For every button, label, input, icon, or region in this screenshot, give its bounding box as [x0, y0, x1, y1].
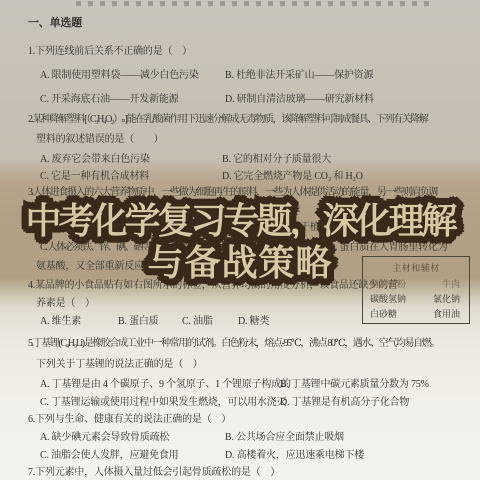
- q6-option-c: C. 油脂会使人发胖，应避免食用: [40, 446, 178, 461]
- q4-option-c: C. 油脂: [182, 312, 213, 327]
- q4-option-d: D. 糖类: [238, 312, 269, 327]
- q1-stem: 1.下列连线前后关系不正确的是（ ）: [28, 42, 192, 57]
- food-label-item: 食用油: [433, 307, 460, 320]
- q5-stem-line2: 下列关于丁基锂的说法正确的是（ ）: [36, 355, 203, 370]
- q6-stem: 6.下列与生命、健康有关的说法正确的是（ ）: [28, 410, 231, 425]
- q4-option-b: B. 蛋白质: [118, 312, 158, 327]
- q2-option-d: D. 它完全燃烧产物是 CO₂ 和 H₂O: [222, 167, 363, 182]
- q3-option-c: C. 人体必须铁、锌、碘、硒等多种微量元素，偏食、挑食不利于其适量摄入: [40, 238, 323, 253]
- q3-option-a-fragment-left: A. 葡: [40, 218, 61, 233]
- q6-option-d: D. 高楼着火，应迅速乘电梯下楼: [225, 446, 364, 461]
- q6-option-a: A. 缺少碘元素会导致骨质疏松: [40, 428, 169, 443]
- food-label-item: 牛肉: [442, 277, 460, 290]
- food-label-item: 氯化钠: [433, 292, 460, 305]
- exam-paper-page: 一、单选题 1.下列连线前后关系不正确的是（ ） A. 限制使用塑料袋——减少白…: [0, 0, 480, 480]
- q3-option-d: D. 蛋白质在人胃肠里转化为: [328, 238, 447, 253]
- section-title: 一、单选题: [28, 14, 82, 30]
- food-label-row-3: 白砂糖 食用油: [370, 307, 460, 320]
- food-label-row-1: 精制面粉 牛肉: [370, 277, 460, 290]
- q5-stem-line1: 5.丁基锂(C₄H₉Li)是橡胶合成工业中一种常用的试剂。白色粉末，熔点-95℃…: [28, 334, 439, 349]
- q1-option-b: B. 杜绝非法开采矿山——保护资源: [225, 66, 373, 81]
- q2-stem-line2: 塑料的叙述错误的是（ ）: [36, 130, 163, 145]
- q5-option-b: B. 丁基锂中碳元素质量分数为 75%: [280, 375, 429, 390]
- q5-option-a: A. 丁基锂是由 4 个碳原子、9 个氢原子、1 个锂原子构成的: [40, 375, 291, 390]
- food-label-row-2: 碳酸氢钠 氯化钠: [370, 292, 460, 305]
- food-label-item: 精制面粉: [370, 277, 406, 290]
- q6-option-b: B. 公共场合应全面禁止吸烟: [225, 428, 344, 443]
- q3-option-a-fragment-right: 于植物: [300, 218, 329, 233]
- q2-option-a: A. 废弃它会带来白色污染: [40, 150, 150, 165]
- q1-option-c: C. 开采海底石油——开发新能源: [40, 90, 178, 105]
- q2-option-b: B. 它的相对分子质量很大: [222, 150, 331, 165]
- food-label-box: 主材和辅材 精制面粉 牛肉 碳酸氢钠 氯化钠 白砂糖 食用油: [362, 256, 470, 324]
- q2-option-c: C. 它是一种有机合成材料: [40, 167, 149, 182]
- q4-option-a: A. 维生素: [40, 312, 81, 327]
- q5-option-d: D. 丁基锂是有机高分子化合物: [280, 393, 409, 408]
- q4-stem-line1: 4.某品牌的小食品贴有如右图所示的标签，从营养均衡的角度分析，该食品还缺少的营: [28, 276, 398, 291]
- food-label-item: 碳酸氢钠: [370, 292, 406, 305]
- cropped-top-text-remnant: [76, 1, 432, 6]
- food-label-title: 主材和辅材: [363, 261, 469, 274]
- q3-stem-line1: 3.人体进食摄入的六大营养物质中，一些做为细胞再生的原料，一些为人体提供活动的能…: [28, 183, 437, 198]
- q1-option-d: D. 研制自清洁玻璃——研究新材料: [225, 90, 374, 105]
- q2-stem-line1: 2.某种降解塑料[（C₃H₄O₂）ₙ]能在乳酸菌作用下迅速分解成无毒物质，该降解…: [28, 110, 427, 125]
- q3-option-d-continuation: 氨基酸，又全部重新反应生成人体: [36, 257, 183, 272]
- q1-option-a: A. 限制使用塑料袋——减少白色污染: [40, 66, 199, 81]
- q3-stem-line2: 节新陈代谢、维持身体健康的重任，下列有关叙述中正确的是: [36, 199, 301, 214]
- q5-option-c: C. 丁基锂运输或使用过程中如果发生燃烧，可以用水浇灭: [40, 393, 286, 408]
- q7-stem: 7.下列元素中，人体摄入量过低会引起骨质疏松的是（ ）: [28, 463, 280, 478]
- q4-stem-line2: 养素是（ ）: [36, 294, 95, 309]
- food-label-item: 白砂糖: [370, 307, 397, 320]
